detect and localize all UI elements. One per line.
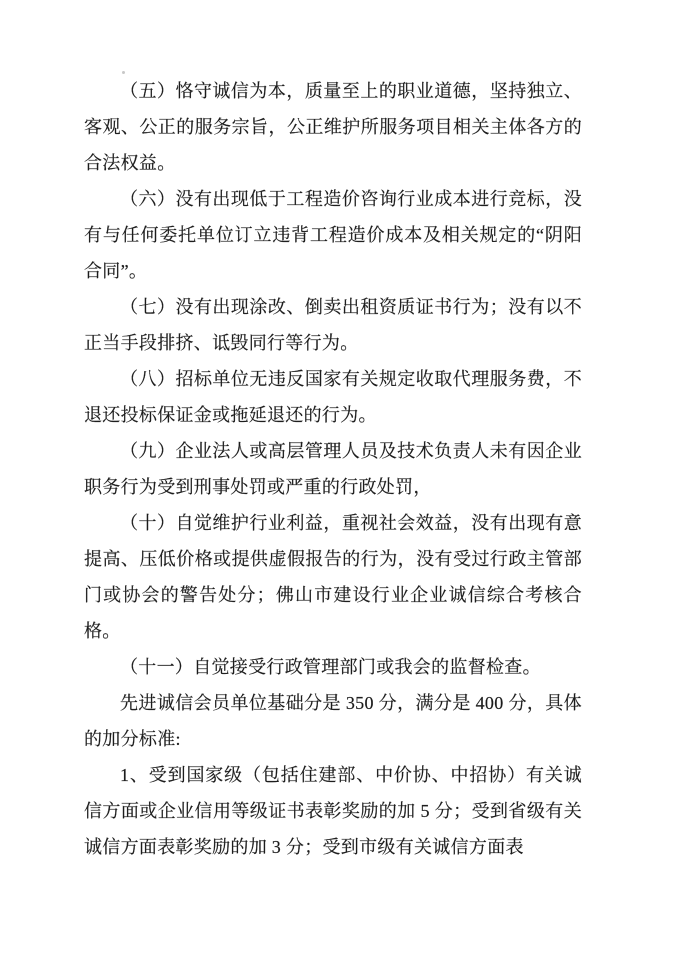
paragraph-bonus-rule-1: 1、受到国家级（包括住建部、中价协、中招协）有关诚信方面或企业信用等级证书表彰奖… — [84, 757, 582, 865]
paragraph-clause-5: （五）恪守诚信为本，质量至上的职业道德，坚持独立、客观、公正的服务宗旨，公正维护… — [84, 73, 582, 181]
document-text-block: （五）恪守诚信为本，质量至上的职业道德，坚持独立、客观、公正的服务宗旨，公正维护… — [84, 73, 582, 865]
paragraph-scoring-intro: 先进诚信会员单位基础分是 350 分，满分是 400 分，具体的加分标准: — [84, 685, 582, 757]
document-page: （五）恪守诚信为本，质量至上的职业道德，坚持独立、客观、公正的服务宗旨，公正维护… — [0, 0, 680, 964]
paragraph-clause-9: （九）企业法人或高层管理人员及技术负责人未有因企业职务行为受到刑事处罚或严重的行… — [84, 433, 582, 505]
paragraph-clause-10: （十）自觉维护行业利益，重视社会效益，没有出现有意提高、压低价格或提供虚假报告的… — [84, 505, 582, 649]
paragraph-clause-6: （六）没有出现低于工程造价咨询行业成本进行竞标，没有与任何委托单位订立违背工程造… — [84, 181, 582, 289]
paragraph-clause-7: （七）没有出现涂改、倒卖出租资质证书行为；没有以不正当手段排挤、诋毁同行等行为。 — [84, 289, 582, 361]
paragraph-clause-8: （八）招标单位无违反国家有关规定收取代理服务费，不退还投标保证金或拖延退还的行为… — [84, 361, 582, 433]
scan-speck — [122, 71, 125, 74]
paragraph-clause-11: （十一）自觉接受行政管理部门或我会的监督检查。 — [84, 649, 582, 685]
